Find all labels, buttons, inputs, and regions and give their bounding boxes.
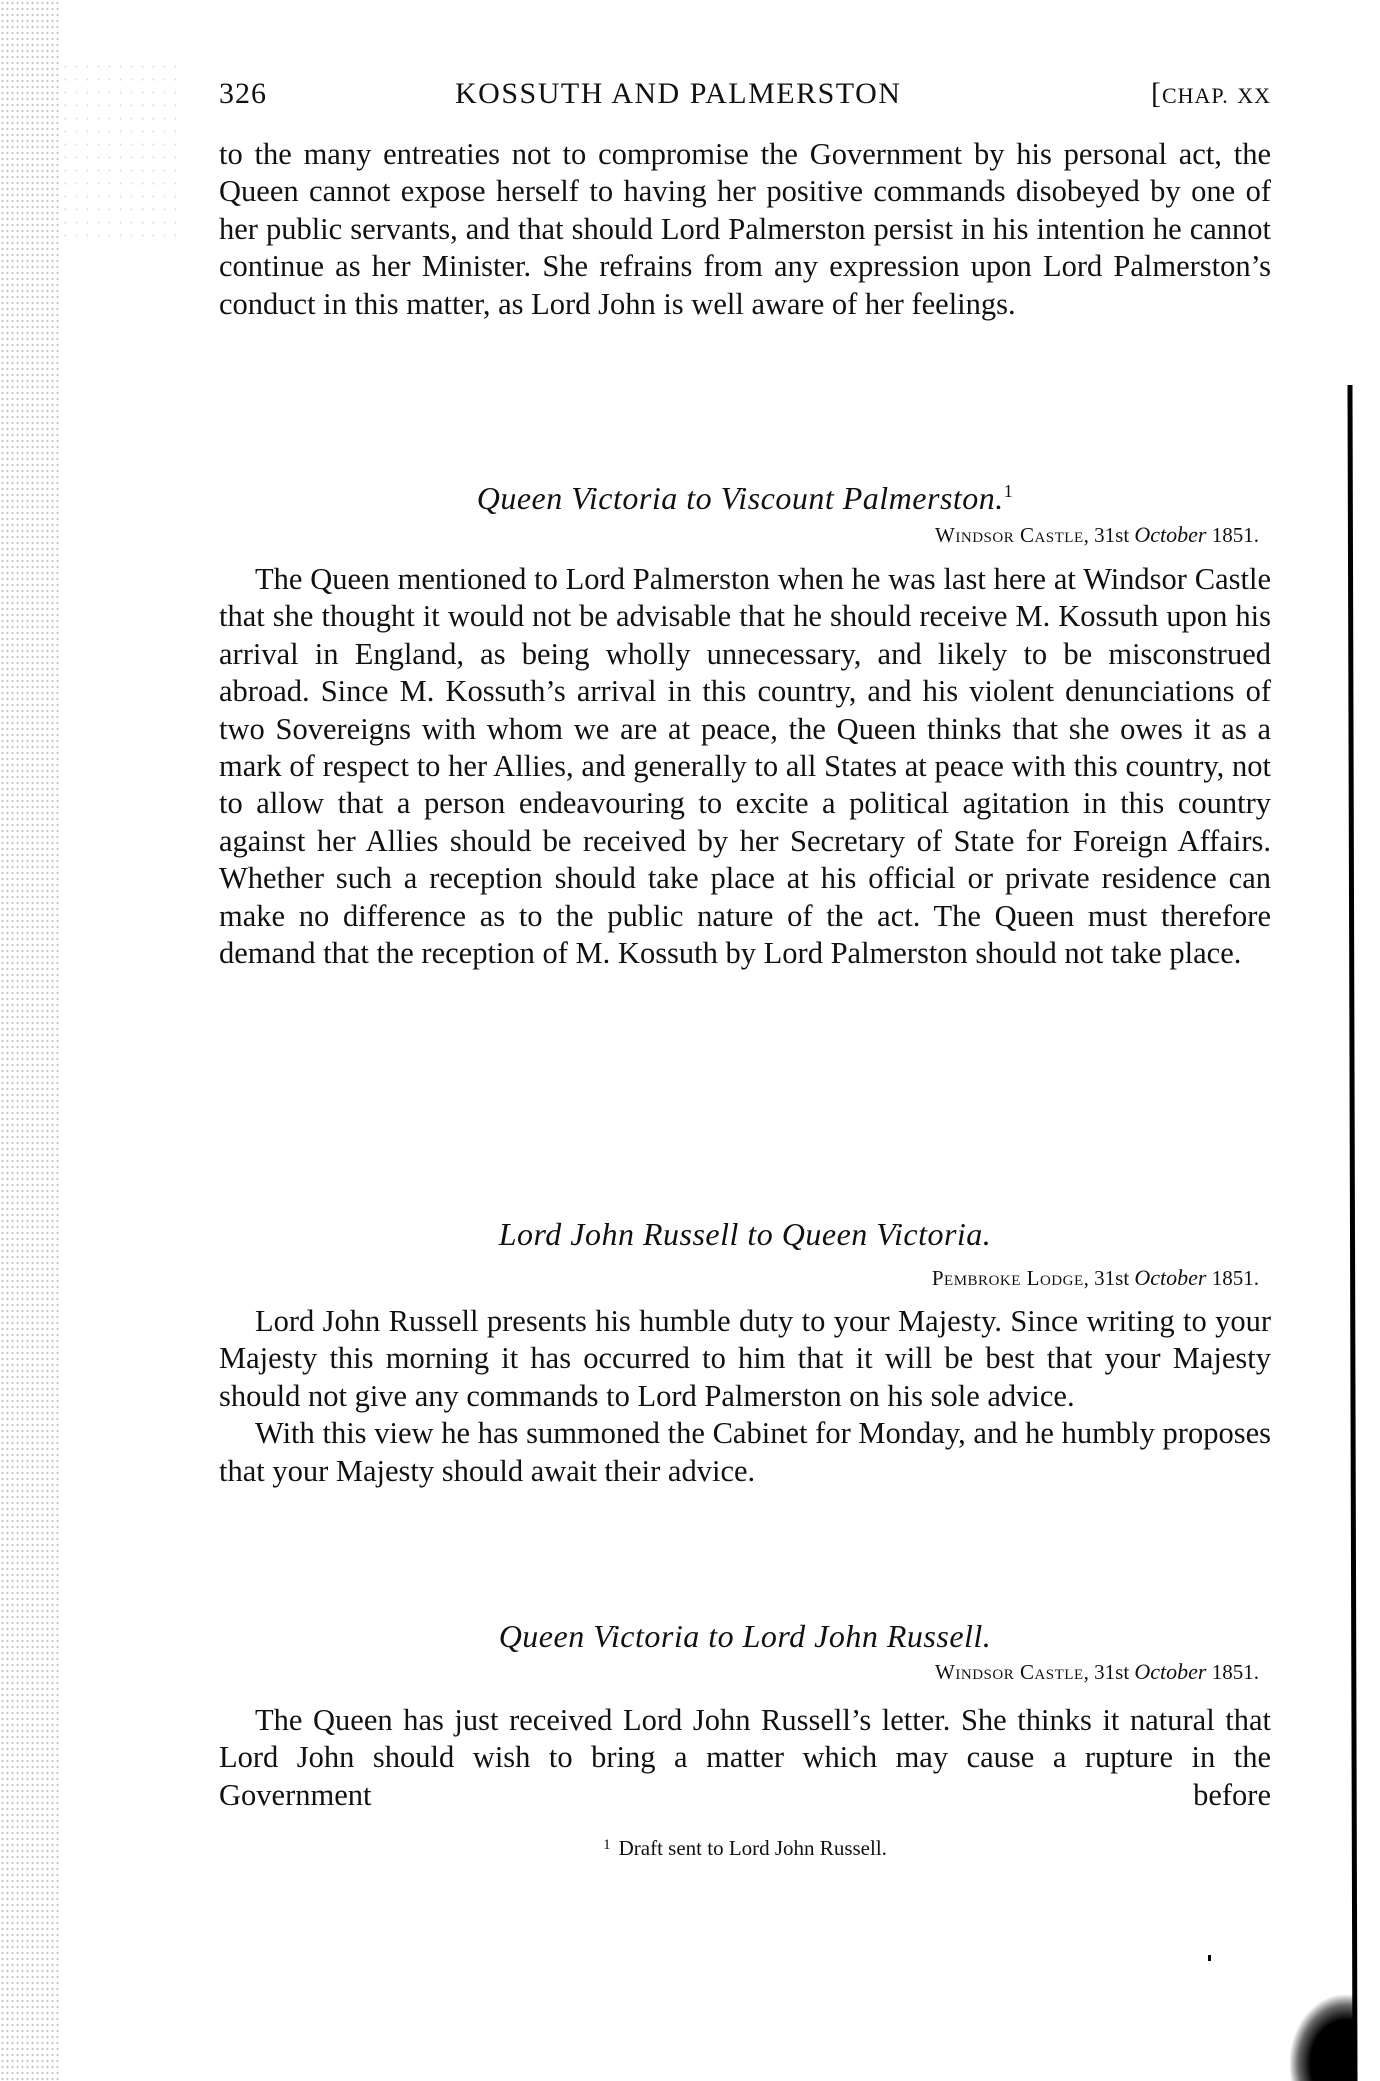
- chapter-bracket: [: [1151, 77, 1162, 110]
- letter-paragraph: Lord John Russell presents his humble du…: [219, 1303, 1271, 1415]
- dateline-place: Windsor Castle: [935, 1660, 1084, 1684]
- dateline-year: 1851.: [1212, 523, 1259, 547]
- letter-2-dateline: Pembroke Lodge, 31st October 1851.: [219, 1263, 1271, 1293]
- letter-3-heading: Queen Victoria to Lord John Russell.: [219, 1616, 1271, 1656]
- heading-text: Queen Victoria to Viscount Palmerston.: [477, 480, 1004, 516]
- dateline-month: October: [1134, 522, 1206, 547]
- letter-heading: Queen Victoria to Viscount Palmerston.1: [219, 471, 1271, 518]
- dateline: Pembroke Lodge, 31st October 1851.: [219, 1263, 1271, 1293]
- book-page: 326 KOSSUTH AND PALMERSTON [CHAP. XX to …: [0, 0, 1380, 2081]
- footnote-ref[interactable]: 1: [1004, 481, 1014, 501]
- footnotes: 1Draft sent to Lord John Russell.: [219, 1831, 1271, 1862]
- dateline-year: 1851.: [1212, 1266, 1259, 1290]
- dateline-month: October: [1134, 1659, 1206, 1684]
- chapter-word: CHAP.: [1162, 83, 1229, 108]
- scan-shadow-blot: [1290, 1995, 1356, 2081]
- heading-text: Lord John Russell to Queen Victoria.: [499, 1216, 992, 1252]
- letter-2-heading-block: Lord John Russell to Queen Victoria.: [219, 1214, 1271, 1254]
- dateline-place: Windsor Castle: [935, 523, 1084, 547]
- letter-2-body: Lord John Russell presents his humble du…: [219, 1303, 1271, 1490]
- continuation-block: to the many entreaties not to compromise…: [219, 136, 1271, 323]
- letter-1-dateline: Windsor Castle, 31st October 1851.: [219, 520, 1271, 550]
- scan-speckle: [60, 60, 180, 240]
- chapter-label: [CHAP. XX: [1151, 74, 1271, 116]
- footnote: 1Draft sent to Lord John Russell.: [219, 1831, 1271, 1862]
- letter-1-body: The Queen mentioned to Lord Palmerston w…: [219, 561, 1271, 972]
- letter-3-body: The Queen has just received Lord John Ru…: [219, 1702, 1271, 1814]
- running-head: 326 KOSSUTH AND PALMERSTON [CHAP. XX: [219, 74, 1271, 114]
- page-number: 326: [219, 74, 267, 114]
- dateline: Windsor Castle, 31st October 1851.: [219, 1657, 1271, 1687]
- letter-paragraph: With this view he has summoned the Cabin…: [219, 1415, 1271, 1490]
- letter-3-heading-block: Queen Victoria to Lord John Russell.: [219, 1616, 1271, 1656]
- dateline-day: 31st: [1094, 1660, 1129, 1684]
- dateline: Windsor Castle, 31st October 1851.: [219, 520, 1271, 550]
- letter-paragraph: The Queen mentioned to Lord Palmerston w…: [219, 561, 1271, 972]
- letter-2-heading: Lord John Russell to Queen Victoria.: [219, 1214, 1271, 1254]
- dateline-month: October: [1134, 1265, 1206, 1290]
- dateline-year: 1851.: [1212, 1660, 1259, 1684]
- footnote-text: Draft sent to Lord John Russell.: [619, 1836, 887, 1860]
- continuation-paragraph: to the many entreaties not to compromise…: [219, 136, 1271, 323]
- running-title: KOSSUTH AND PALMERSTON: [455, 74, 901, 114]
- page-edge-line: [1347, 385, 1357, 2081]
- letter-paragraph: The Queen has just received Lord John Ru…: [219, 1702, 1271, 1814]
- chapter-number: XX: [1237, 83, 1271, 108]
- dateline-day: 31st: [1094, 523, 1129, 547]
- letter-3-dateline: Windsor Castle, 31st October 1851.: [219, 1657, 1271, 1687]
- scan-gutter-noise: [0, 0, 60, 2081]
- dateline-day: 31st: [1094, 1266, 1129, 1290]
- letter-1-heading: Queen Victoria to Viscount Palmerston.1: [219, 471, 1271, 518]
- scan-speck: [1208, 1955, 1211, 1961]
- heading-text: Queen Victoria to Lord John Russell.: [499, 1618, 992, 1654]
- dateline-place: Pembroke Lodge: [932, 1266, 1084, 1290]
- footnote-marker: 1: [603, 1837, 611, 1853]
